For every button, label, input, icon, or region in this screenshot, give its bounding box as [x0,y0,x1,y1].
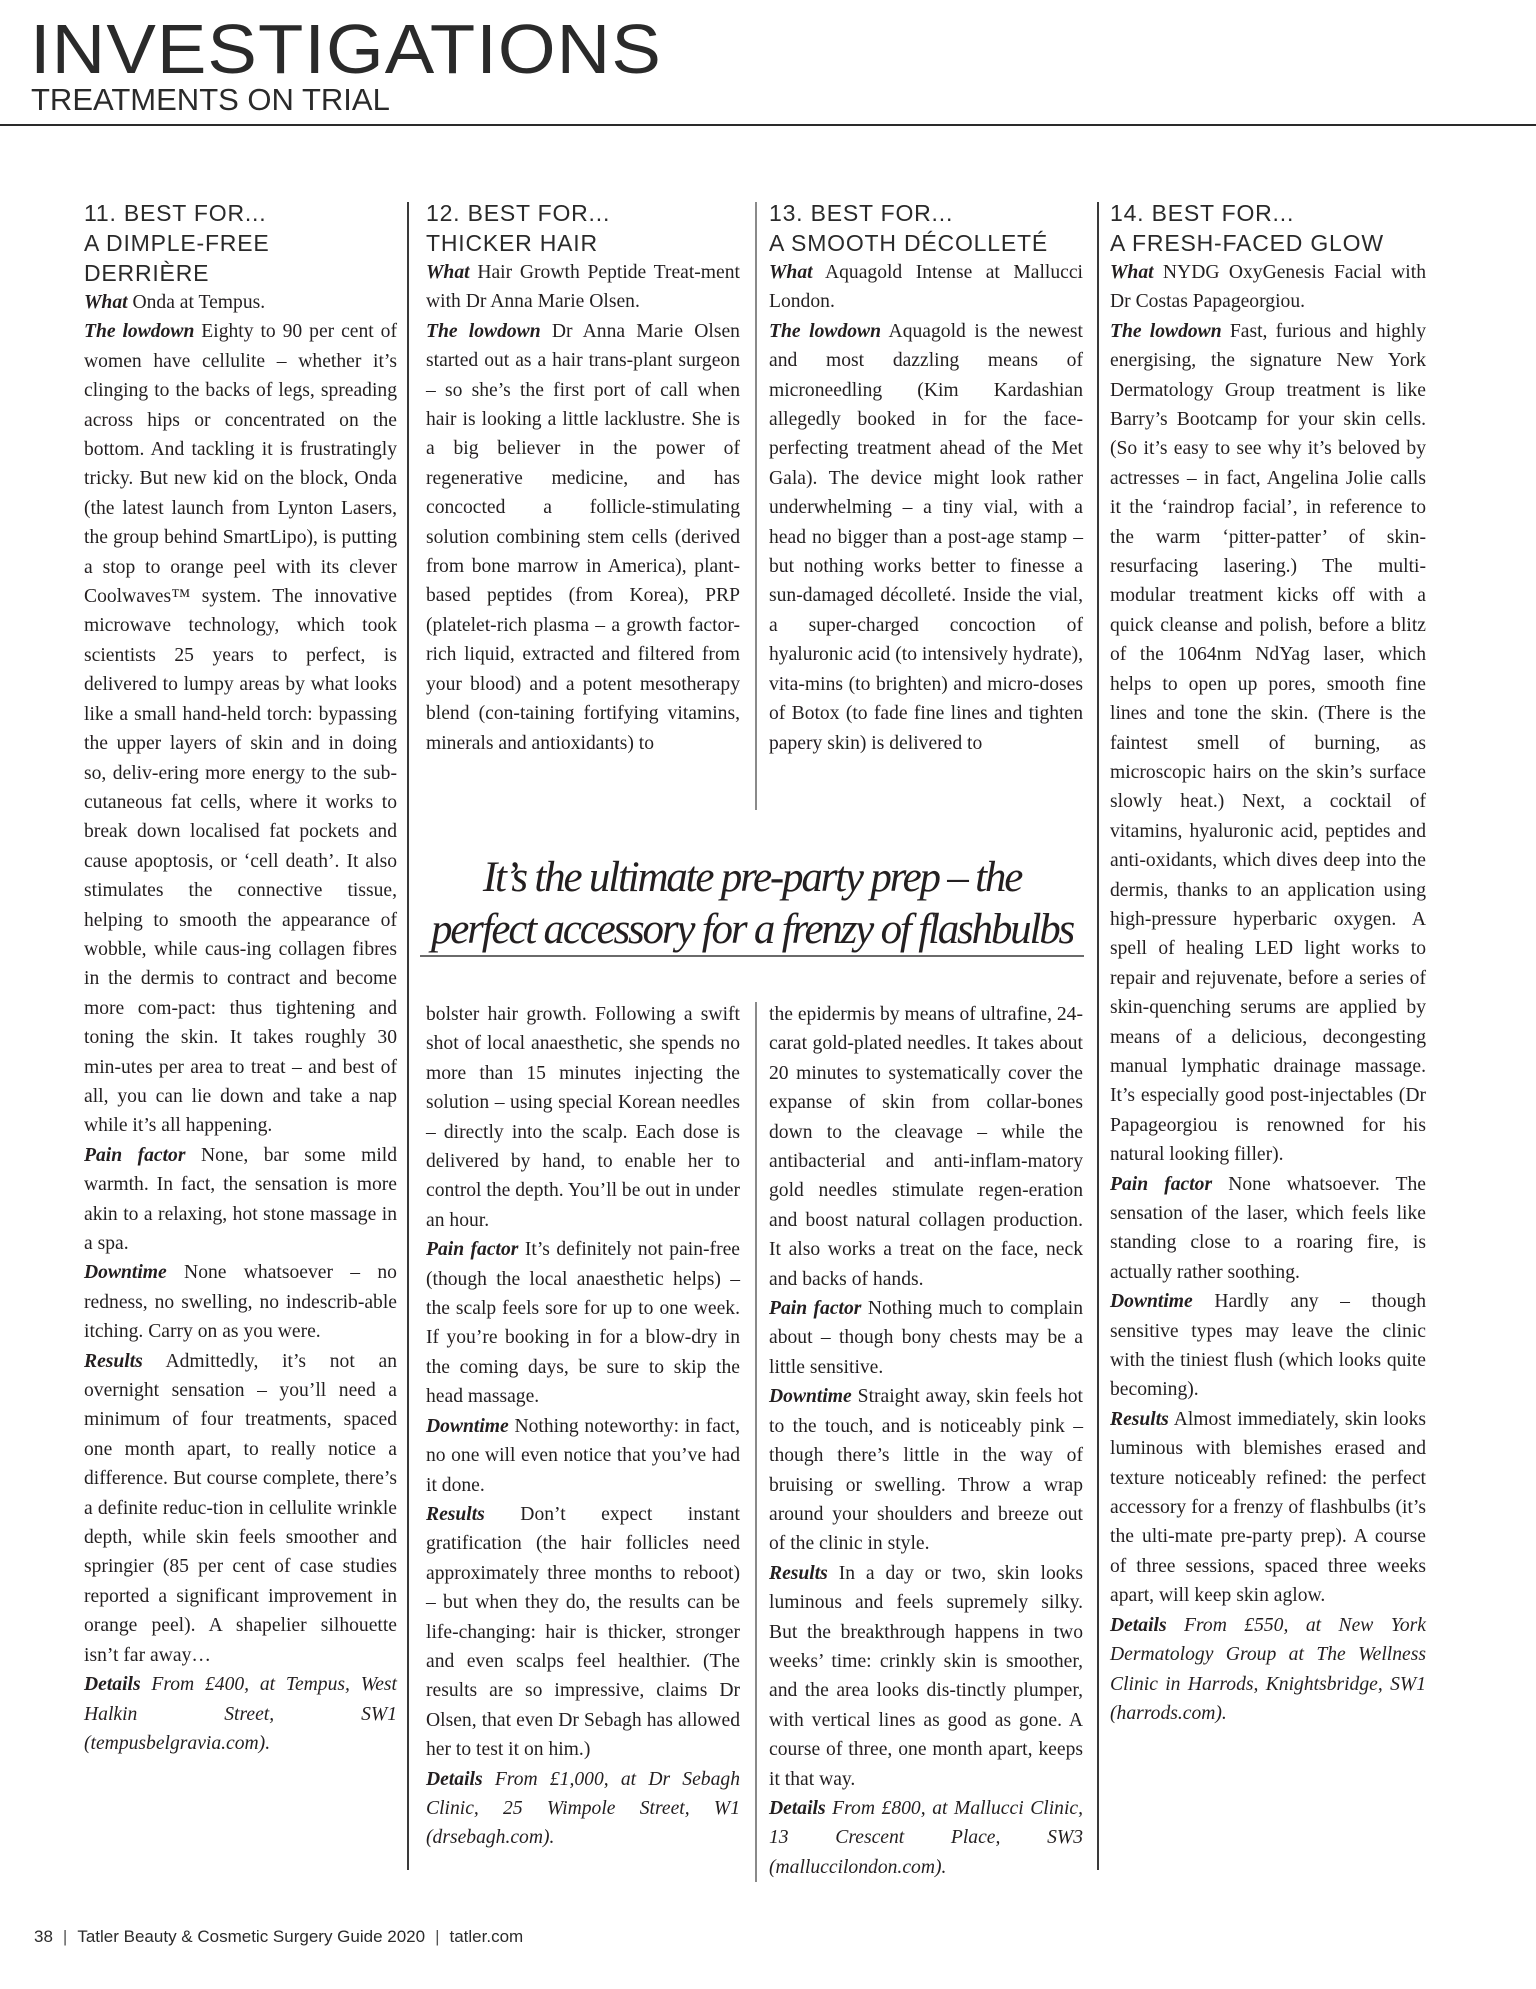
article-number: 11. BEST FOR... [84,198,397,228]
pain-paragraph: Pain factor Nothing much to complain abo… [769,1294,1083,1382]
lowdown-paragraph: The lowdown Eighty to 90 per cent of wom… [84,317,397,1140]
page-number: 38 [34,1927,53,1946]
masthead: INVESTIGATIONS TREATMENTS ON TRIAL [0,0,1536,126]
lowdown-label: The lowdown [769,321,881,342]
pain-paragraph: Pain factor None, bar some mild warmth. … [84,1141,397,1259]
what-paragraph: What Onda at Tempus. [84,288,397,317]
results-text: Admittedly, it’s not an overnight sensat… [84,1351,397,1666]
results-paragraph: Results Don’t expect instant gratificati… [426,1500,740,1765]
article-13-top: 13. BEST FOR... A SMOOTH DÉCOLLETÉ What … [769,198,1083,758]
section-title: INVESTIGATIONS [30,14,662,84]
what-paragraph: What NYDG OxyGenesis Facial with Dr Cost… [1110,258,1426,317]
results-label: Results [426,1504,485,1525]
article-number: 14. BEST FOR... [1110,198,1426,228]
details-label: Details [84,1674,141,1695]
details-label: Details [1110,1615,1167,1636]
downtime-label: Downtime [426,1416,509,1437]
pain-label: Pain factor [84,1145,185,1166]
results-paragraph: Results Admittedly, it’s not an overnigh… [84,1347,397,1670]
what-label: What [769,262,813,283]
details-paragraph: Details From £1,000, at Dr Sebagh Clinic… [426,1765,740,1853]
what-paragraph: What Aquagold Intense at Mallucci London… [769,258,1083,317]
lowdown-text: Eighty to 90 per cent of women have cell… [84,321,397,1136]
what-label: What [1110,262,1154,283]
lowdown-paragraph: The lowdown Dr Anna Marie Olsen started … [426,317,740,758]
lowdown-paragraph: The lowdown Fast, furious and highly ene… [1110,317,1426,1170]
details-paragraph: Details From £400, at Tempus, West Halki… [84,1670,397,1758]
results-text: In a day or two, skin looks luminous and… [769,1563,1083,1790]
article-12-top: 12. BEST FOR... THICKER HAIR What Hair G… [426,198,740,758]
article-number: 12. BEST FOR... [426,198,740,228]
details-paragraph: Details From £550, at New York Dermatolo… [1110,1611,1426,1729]
article-heading: THICKER HAIR [426,228,740,258]
downtime-label: Downtime [769,1386,852,1407]
what-paragraph: What Hair Growth Peptide Treat-ment with… [426,258,740,317]
article-heading: A DIMPLE-FREE DERRIÈRE [84,228,397,288]
pull-quote: It’s the ultimate pre-party prep – the p… [420,852,1084,956]
results-label: Results [84,1351,143,1372]
details-paragraph: Details From £800, at Mallucci Clinic, 1… [769,1794,1083,1882]
section-subtitle: TREATMENTS ON TRIAL [31,84,390,116]
pain-text: It’s definitely not pain-free (though th… [426,1239,740,1407]
lowdown-label: The lowdown [84,321,194,342]
column-divider [1097,202,1099,1870]
pull-quote-line-1: It’s the ultimate pre-party prep – the [420,852,1084,904]
lowdown-text: Aquagold is the newest and most dazzling… [769,321,1083,754]
lowdown-text: Fast, furious and highly energising, the… [1110,321,1426,1165]
downtime-paragraph: Downtime None whatsoever – no redness, n… [84,1258,397,1346]
downtime-paragraph: Downtime Straight away, skin feels hot t… [769,1382,1083,1558]
pull-quote-line-2: perfect accessory for a frenzy of flashb… [420,904,1084,956]
results-text: Don’t expect instant gratification (the … [426,1504,740,1760]
results-label: Results [1110,1409,1169,1430]
what-label: What [84,292,128,313]
article-heading: A FRESH-FACED GLOW [1110,228,1426,258]
details-label: Details [426,1769,483,1790]
lowdown-label: The lowdown [426,321,541,342]
article-12-bottom: bolster hair growth. Following a swift s… [426,1000,740,1853]
lowdown-continued: bolster hair growth. Following a swift s… [426,1000,740,1235]
results-paragraph: Results In a day or two, skin looks lumi… [769,1559,1083,1794]
pain-label: Pain factor [1110,1174,1212,1195]
lowdown-paragraph: The lowdown Aquagold is the newest and m… [769,317,1083,758]
results-paragraph: Results Almost immediately, skin looks l… [1110,1405,1426,1611]
downtime-text: Straight away, skin feels hot to the tou… [769,1386,1083,1554]
column-divider [755,202,757,810]
pain-paragraph: Pain factor None whatsoever. The sensati… [1110,1170,1426,1288]
article-heading: A SMOOTH DÉCOLLETÉ [769,228,1083,258]
article-number: 13. BEST FOR... [769,198,1083,228]
website-link[interactable]: tatler.com [450,1927,524,1946]
what-text: NYDG OxyGenesis Facial with Dr Costas Pa… [1110,262,1426,312]
pull-quote-underline [420,955,1084,957]
downtime-paragraph: Downtime Hardly any – though sensitive t… [1110,1287,1426,1405]
pain-label: Pain factor [769,1298,861,1319]
article-11: 11. BEST FOR... A DIMPLE-FREE DERRIÈRE W… [84,198,397,1758]
article-13-bottom: the epidermis by means of ultrafine, 24-… [769,1000,1083,1882]
results-text: Almost immediately, skin looks luminous … [1110,1409,1426,1606]
column-divider [407,202,409,1870]
masthead-rule [0,124,1536,126]
downtime-paragraph: Downtime Nothing noteworthy: in fact, no… [426,1412,740,1500]
footer-separator: | [63,1927,67,1946]
what-text: Aquagold Intense at Mallucci London. [769,262,1083,312]
lowdown-text: Dr Anna Marie Olsen started out as a hai… [426,321,740,754]
lowdown-continued: the epidermis by means of ultrafine, 24-… [769,1000,1083,1294]
publication-name: Tatler Beauty & Cosmetic Surgery Guide 2… [77,1927,425,1946]
what-text: Hair Growth Peptide Treat-ment with Dr A… [426,262,740,312]
page-footer: 38|Tatler Beauty & Cosmetic Surgery Guid… [34,1927,523,1947]
what-label: What [426,262,470,283]
lowdown-label: The lowdown [1110,321,1222,342]
pain-paragraph: Pain factor It’s definitely not pain-fre… [426,1235,740,1411]
results-label: Results [769,1563,828,1584]
article-14: 14. BEST FOR... A FRESH-FACED GLOW What … [1110,198,1426,1728]
details-label: Details [769,1798,826,1819]
downtime-label: Downtime [1110,1291,1193,1312]
footer-separator: | [435,1927,439,1946]
column-divider [755,1002,757,1882]
pain-label: Pain factor [426,1239,518,1260]
downtime-label: Downtime [84,1262,167,1283]
what-text: Onda at Tempus. [132,292,265,313]
